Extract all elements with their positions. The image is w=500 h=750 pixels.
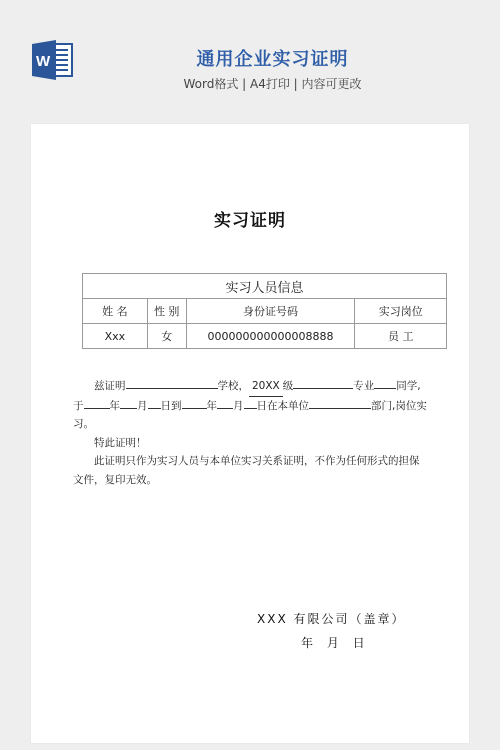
text: 年 [207,400,218,412]
table-row: Xxx 女 000000000000008888 员 工 [83,324,447,349]
start-day-blank [148,397,161,409]
date-line: 年 月 日 [301,634,367,651]
text: 月 [233,400,244,412]
certificate-body: 兹证明学校，20XX级专业同学, 于年月日到年月日在本单位部门,岗位实习。 特此… [73,377,428,489]
extra-blank [374,377,396,389]
grade-field: 20XX [249,377,283,397]
start-month-blank [120,397,137,409]
department-blank [309,397,371,409]
end-year-blank [182,397,207,409]
header-position: 实习岗位 [355,299,447,324]
intern-info-table: 实习人员信息 姓 名 性 别 身份证号码 实习岗位 Xxx 女 00000000… [82,273,447,349]
table-caption: 实习人员信息 [83,274,447,299]
document-title: 实习证明 [31,206,469,231]
text: 日到 [161,400,182,412]
paragraph-hereby: 特此证明！ [73,434,428,453]
company-seal-line: XXX 有限公司（盖章） [257,610,405,627]
end-month-blank [217,397,233,409]
text: 级 [283,380,294,392]
cell-id-number: 000000000000008888 [186,324,355,349]
text: 日在本单位 [257,400,310,412]
paragraph-disclaimer: 此证明只作为实习人员与本单位实习关系证明，不作为任何形式的担保文件，复印无效。 [73,452,428,489]
paragraph-certify: 兹证明学校，20XX级专业同学, 于年月日到年月日在本单位部门,岗位实习。 [73,377,428,434]
text: 学校， [218,380,250,392]
header-gender: 性 别 [147,299,186,324]
table-header-row: 姓 名 性 别 身份证号码 实习岗位 [83,299,447,324]
template-subtitle: Word格式 | A4打印 | 内容可更改 [0,75,500,92]
text: 兹证明 [94,380,126,392]
text: 专业 [353,380,374,392]
text: 月 [137,400,148,412]
cell-gender: 女 [147,324,186,349]
cell-name: Xxx [83,324,148,349]
template-title: 通用企业实习证明 [0,45,500,71]
end-day-blank [244,397,257,409]
cell-position: 员 工 [355,324,447,349]
school-blank [126,377,218,389]
header-name: 姓 名 [83,299,148,324]
header-id-number: 身份证号码 [186,299,355,324]
table-caption-row: 实习人员信息 [83,274,447,299]
major-blank [293,377,353,389]
document-page: 实习证明 实习人员信息 姓 名 性 别 身份证号码 实习岗位 Xxx 女 000… [31,124,469,743]
start-year-blank [84,397,110,409]
preview-header: W 通用企业实习证明 Word格式 | A4打印 | 内容可更改 [0,0,500,124]
text: 年 [110,400,121,412]
